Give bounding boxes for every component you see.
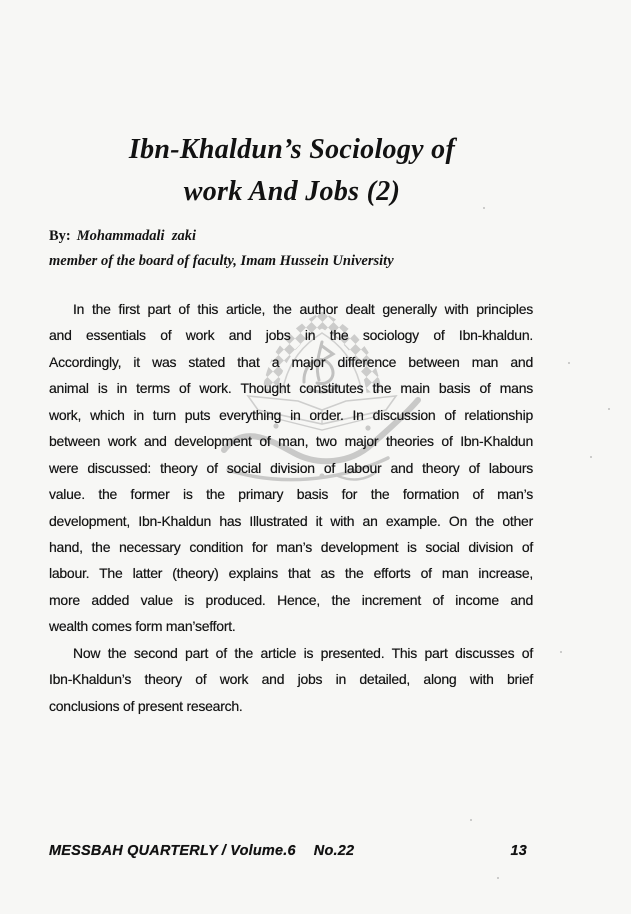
- article-body: In the first part of this article, the a…: [49, 296, 533, 719]
- body-line: value. the former is the primary basis f…: [49, 481, 533, 507]
- body-line: were discussed: theory of social divisio…: [49, 455, 533, 481]
- body-line: In the first part of this article, the a…: [49, 296, 533, 322]
- issue-number: No.22: [314, 843, 355, 859]
- article-title: Ibn-Khaldun’s Sociology of work And Jobs…: [49, 129, 535, 213]
- byline-author-line: By:Mohammadali zaki: [49, 224, 394, 249]
- scan-speck: [483, 207, 485, 209]
- scan-speck: [470, 819, 472, 821]
- body-line: Ibn-Khaldun’s theory of work and jobs in…: [49, 666, 533, 692]
- scan-speck: [497, 877, 499, 879]
- body-line: more added value is produced. Hence, the…: [49, 587, 533, 613]
- body-line: between work and development of man, two…: [49, 428, 533, 454]
- body-line: Now the second part of the article is pr…: [49, 640, 533, 666]
- body-line: conclusions of present research.: [49, 693, 533, 719]
- by-label: By:: [49, 228, 71, 244]
- paragraph-2: Now the second part of the article is pr…: [49, 640, 533, 719]
- scan-speck: [568, 362, 570, 364]
- body-line: development, Ibn-Khaldun has Illustrated…: [49, 508, 533, 534]
- scan-speck: [560, 651, 562, 653]
- paragraph-1: In the first part of this article, the a…: [49, 296, 533, 640]
- body-line: hand, the necessary condition for man’s …: [49, 534, 533, 560]
- author-name: Mohammadali zaki: [77, 228, 196, 244]
- title-line-1: Ibn-Khaldun’s Sociology of: [49, 129, 535, 171]
- scan-speck: [608, 408, 610, 410]
- author-byline: By:Mohammadali zaki member of the board …: [49, 224, 394, 273]
- body-line: wealth comes form man’seffort.: [49, 613, 533, 639]
- journal-title: MESSBAH QUARTERLY / Volume.6: [49, 843, 296, 859]
- body-line: Accordingly, it was stated that a major …: [49, 349, 533, 375]
- author-affiliation: member of the board of faculty, Imam Hus…: [49, 249, 394, 274]
- document-page: Ibn-Khaldun’s Sociology of work And Jobs…: [0, 0, 631, 914]
- scan-speck: [590, 456, 592, 458]
- body-line: and essentials of work and jobs in the s…: [49, 322, 533, 348]
- body-line: labour. The latter (theory) explains tha…: [49, 560, 533, 586]
- title-line-2: work And Jobs (2): [49, 171, 535, 213]
- journal-footer: MESSBAH QUARTERLY / Volume.6 No.22 13: [49, 843, 527, 859]
- body-line: work, which in turn puts everything in o…: [49, 402, 533, 428]
- page-number: 13: [510, 843, 527, 859]
- footer-journal-info: MESSBAH QUARTERLY / Volume.6 No.22: [49, 843, 354, 859]
- body-line: animal is in terms of work. Thought cons…: [49, 375, 533, 401]
